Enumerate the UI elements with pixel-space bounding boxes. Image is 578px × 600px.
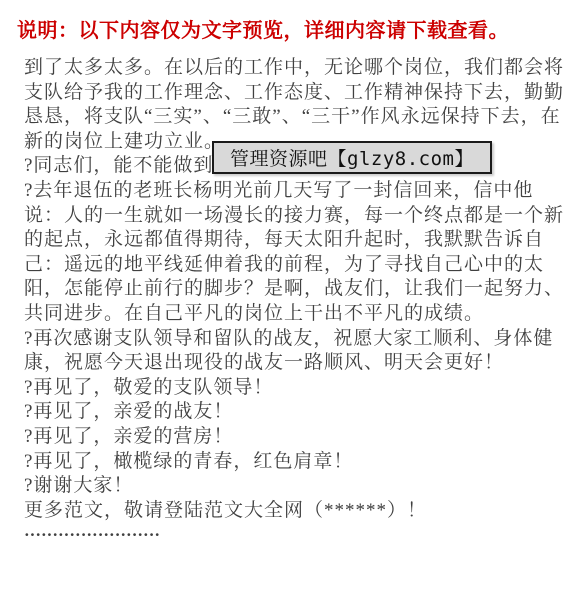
preview-notice: 说明：以下内容仅为文字预览，详细内容请下载查看。 [17,14,509,43]
paragraph: 更多范文，敬请登陆范文大全网（******）！ [24,499,572,524]
document-preview-page: 说明：以下内容仅为文字预览，详细内容请下载查看。 到了太多太多。在以后的工作中，… [0,0,578,600]
watermark-box: 管理资源吧【glzy8.com】 [212,141,492,174]
paragraph: ?去年退伍的老班长杨明光前几天写了一封信回来，信中他说：人的一生就如一场漫长的接… [24,179,572,327]
paragraph: ?再见了，橄榄绿的青春，红色肩章！ [24,450,572,475]
paragraph: ?再见了，亲爱的战友！ [24,400,572,425]
paragraph: ?谢谢大家！ [24,474,572,499]
ellipsis-row: ························ [24,523,572,548]
paragraph: 到了太多太多。在以后的工作中，无论哪个岗位，我们都会将支队给予我的工作理念、工作… [24,56,572,154]
paragraph: ?再见了，敬爱的支队领导！ [24,376,572,401]
paragraph: ?再次感谢支队领导和留队的战友，祝愿大家工顺利、身体健康，祝愿今天退出现役的战友… [24,327,572,376]
watermark-text: 管理资源吧【glzy8.com】 [230,144,474,171]
paragraph: ?再见了，亲爱的营房！ [24,425,572,450]
document-content: 到了太多太多。在以后的工作中，无论哪个岗位，我们都会将支队给予我的工作理念、工作… [24,56,572,548]
